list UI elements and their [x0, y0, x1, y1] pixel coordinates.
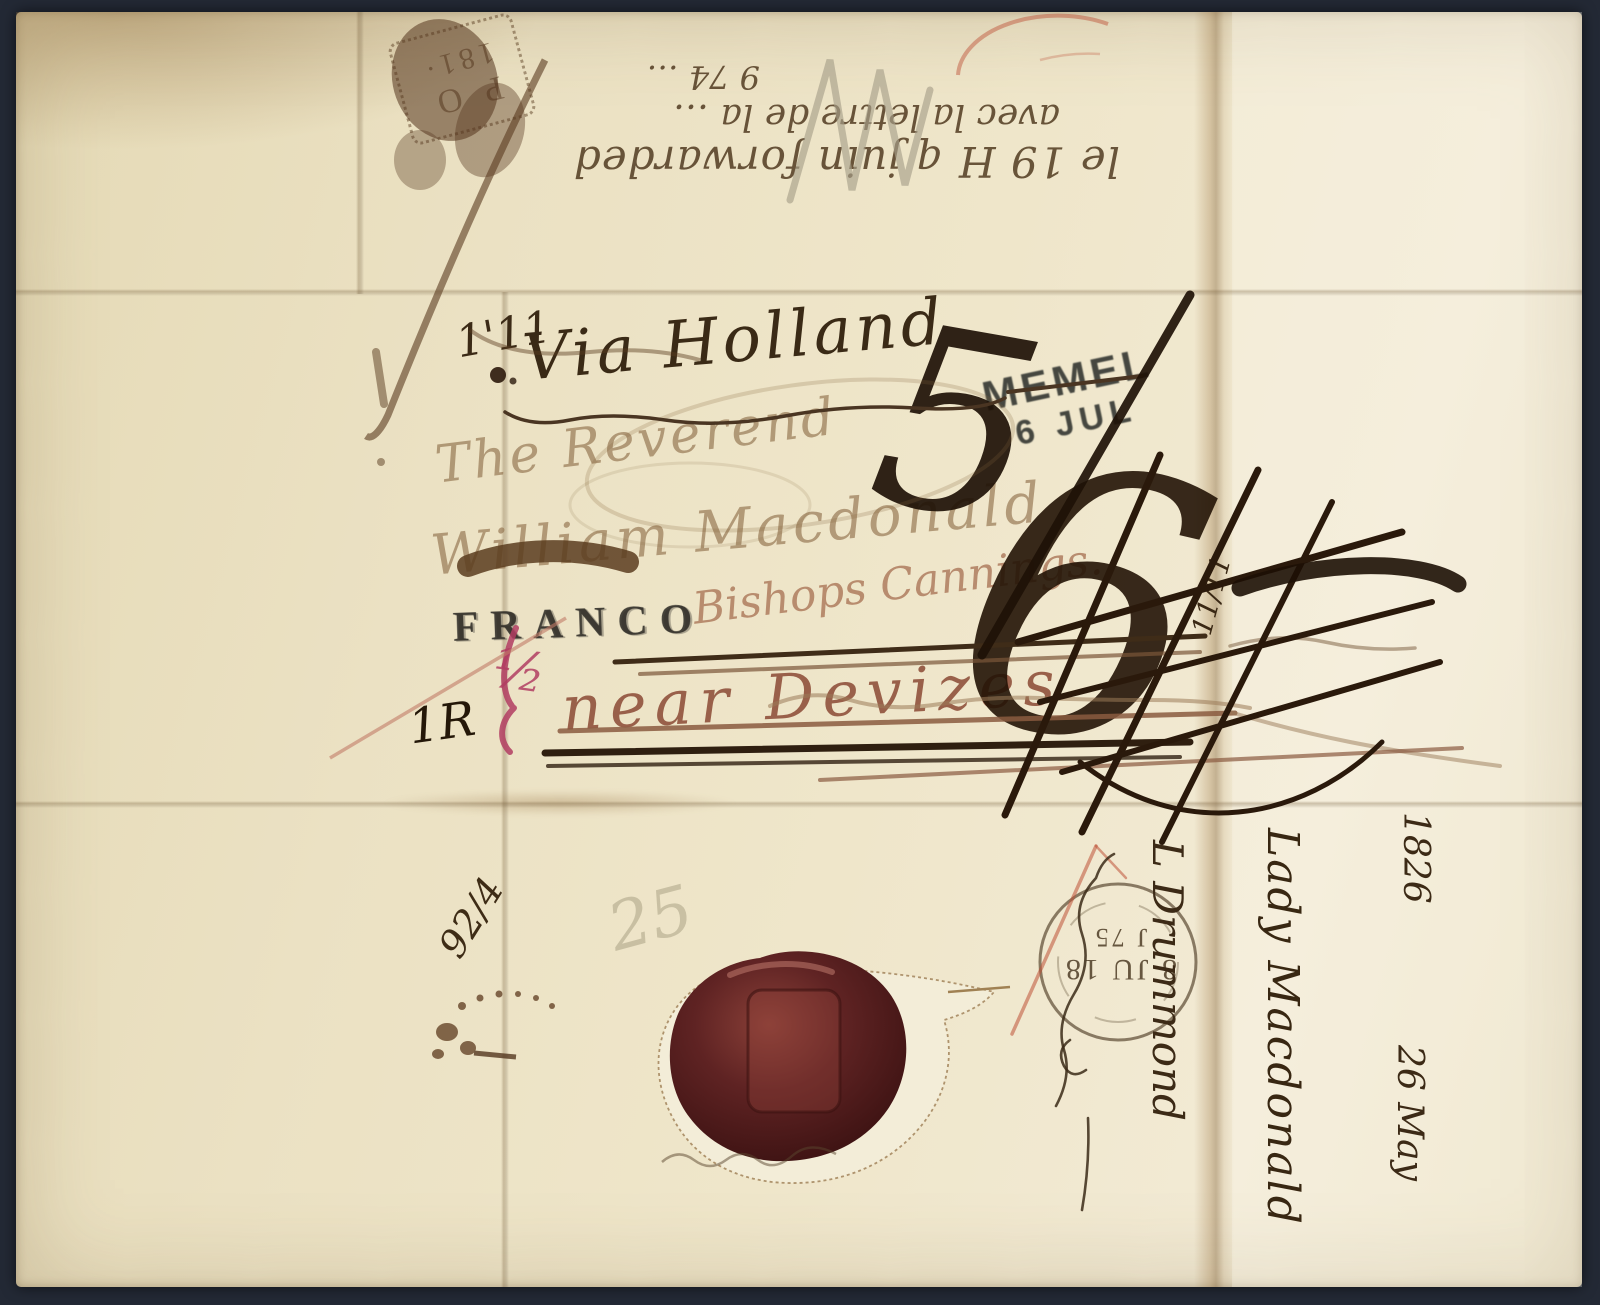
horizontal-fold-upper: [16, 289, 1582, 296]
horizontal-fold-lower: [16, 801, 1582, 808]
cds-code: J 75: [1093, 922, 1148, 952]
cds-date: 8 JU 18: [1063, 952, 1177, 986]
cds-center-text: 8 JU 18 J 75: [1050, 922, 1190, 986]
stained-right-fold: [1194, 12, 1234, 1287]
vertical-crease-bottom: [501, 292, 509, 1287]
right-blank-flap: [1232, 12, 1582, 1287]
vertical-crease-top: [356, 12, 364, 294]
photo-of-folded-letter: le 19 H q juin forwarded avec la lettre …: [0, 0, 1600, 1305]
